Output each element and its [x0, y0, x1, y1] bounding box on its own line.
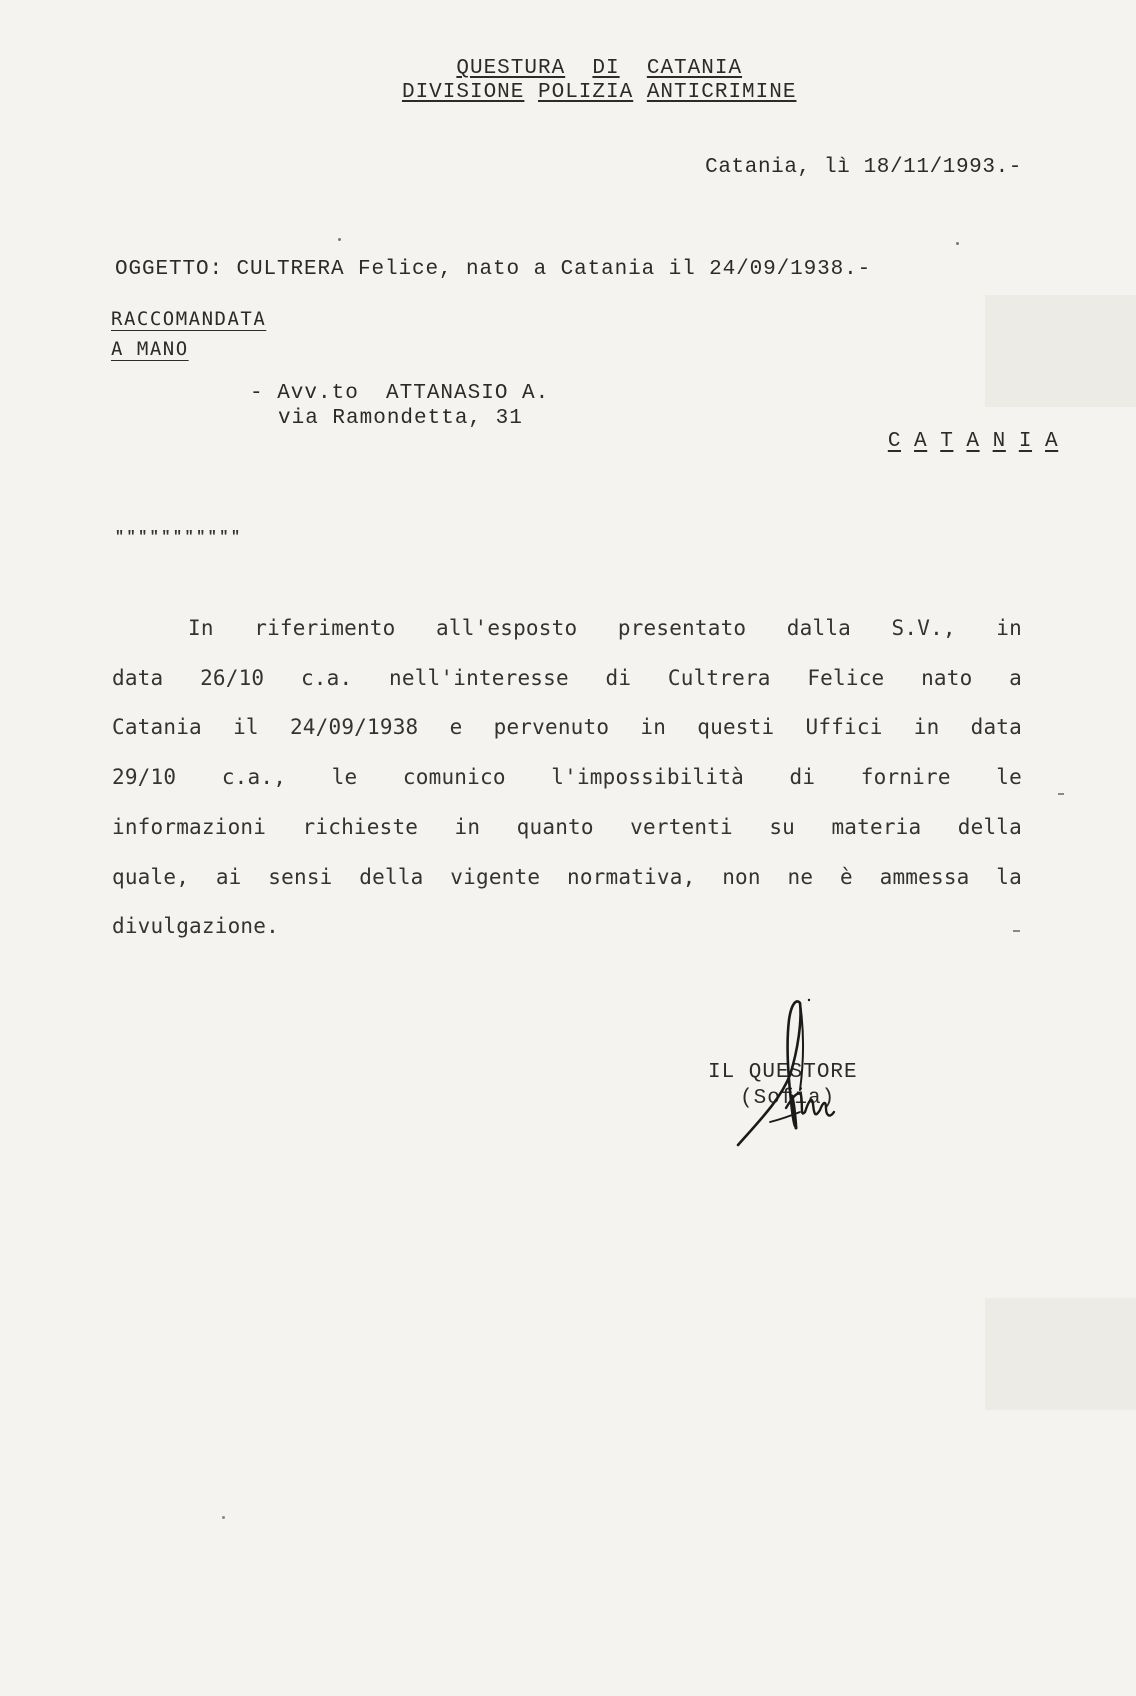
scan-speck [956, 242, 959, 245]
scan-speck [222, 1516, 225, 1519]
scan-speck [338, 238, 341, 241]
scan-speck [1058, 793, 1064, 795]
handwritten-signature [0, 0, 1136, 1696]
scan-speck [1013, 930, 1020, 932]
letter-page: QUESTURA DI CATANIA DIVISIONE POLIZIA AN… [0, 0, 1136, 1696]
